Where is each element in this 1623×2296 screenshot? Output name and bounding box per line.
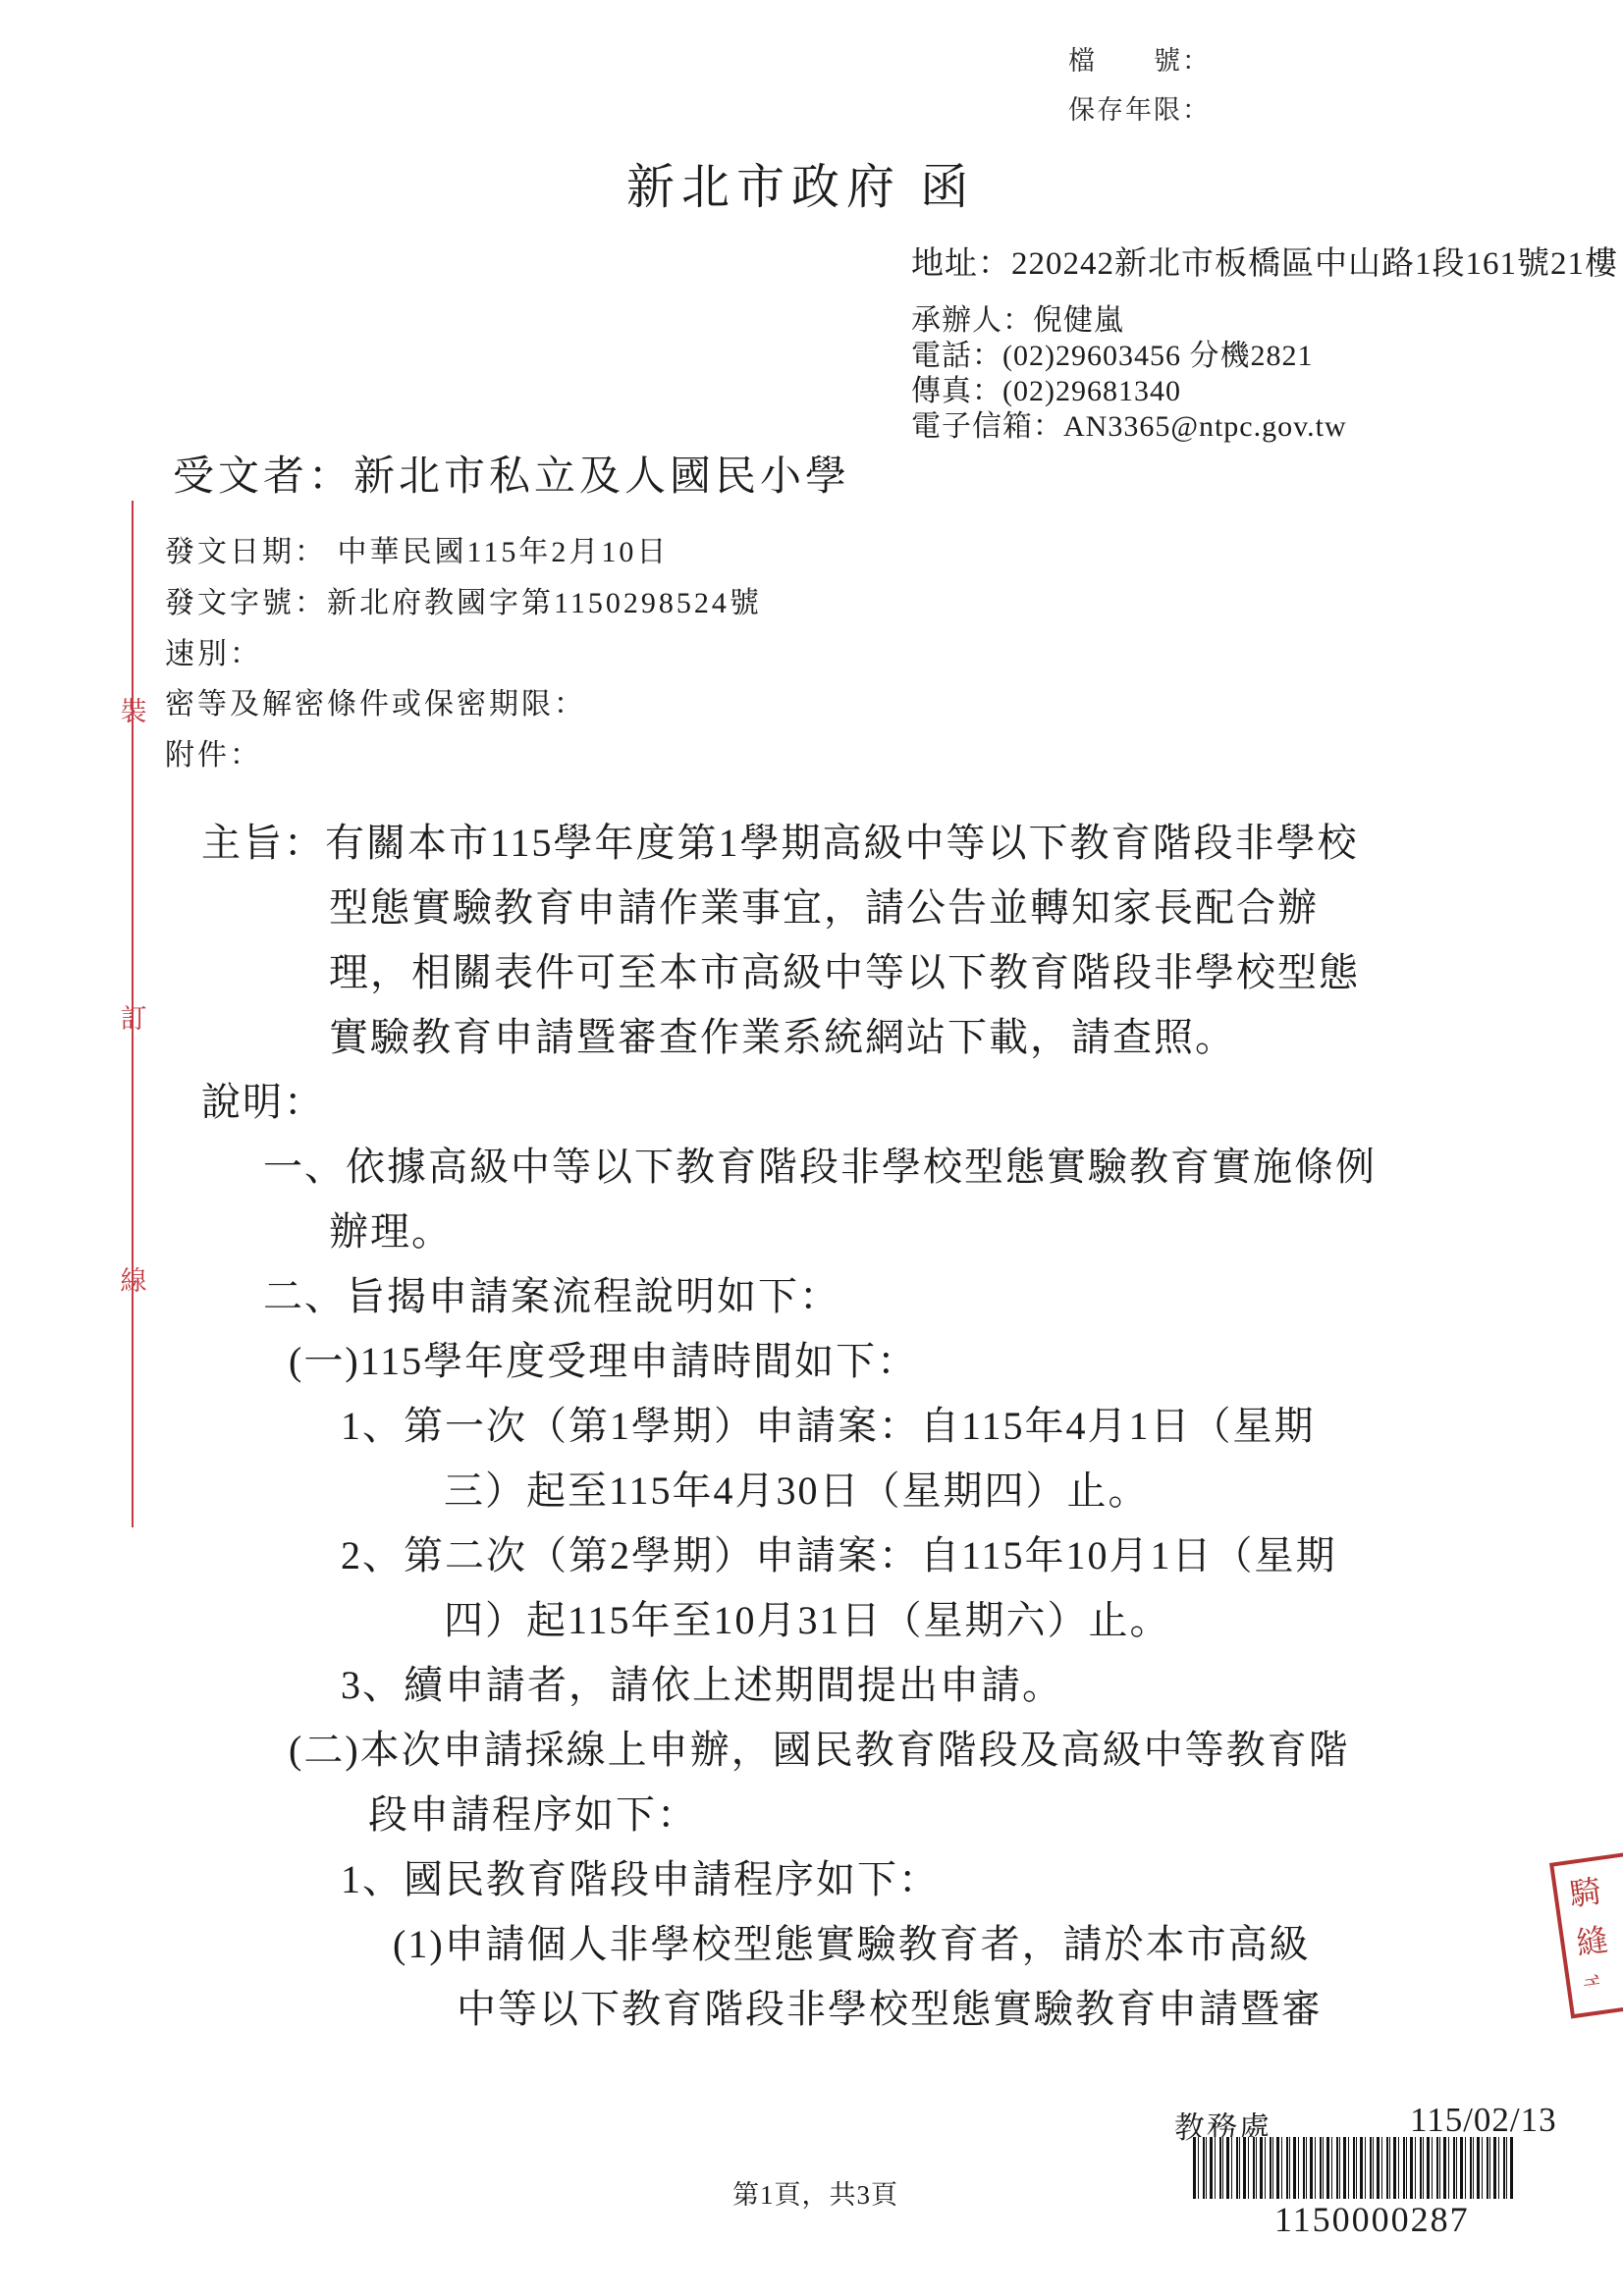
- body-line: 段申請程序如下：: [0, 1783, 1623, 1847]
- barcode: [1193, 2137, 1515, 2199]
- body-line: 理，相關表件可至本市高級中等以下教育階段非學校型態: [0, 940, 1623, 1005]
- body-line: 2、第二次（第2學期）申請案：自115年10月1日（星期: [0, 1523, 1623, 1588]
- body-line: 主旨：有關本市115學年度第1學期高級中等以下教育階段非學校: [0, 811, 1623, 876]
- agency-email: 電子信箱：AN3365@ntpc.gov.tw: [911, 401, 1347, 445]
- body-line: (1)申請個人非學校型態實驗教育者，請於本市高級: [0, 1912, 1623, 1977]
- body-line: 四）起115年至10月31日（星期六）止。: [0, 1588, 1623, 1653]
- binding-char-xian: 線: [118, 1259, 149, 1298]
- issue-date-line: 發文日期： 中華民國115年2月10日: [165, 527, 669, 570]
- body-line: 二、旨揭申請案流程說明如下：: [0, 1264, 1623, 1329]
- attachment-line: 附件：: [165, 730, 262, 774]
- security-line: 密等及解密條件或保密期限：: [165, 679, 586, 722]
- stamp-char: 縫: [1573, 1915, 1610, 1964]
- document-title: 新北市政府 函: [626, 149, 975, 218]
- speed-line: 速別：: [165, 629, 262, 672]
- binding-char-ding: 訂: [118, 997, 149, 1036]
- body-line: 三）起至115年4月30日（星期四）止。: [0, 1459, 1623, 1523]
- footer-date: 115/02/13: [1410, 2101, 1557, 2140]
- stamp-char: 騎: [1566, 1866, 1603, 1915]
- file-number-label: 檔 號：: [1068, 39, 1211, 78]
- body-line: (一)115學年度受理申請時間如下：: [0, 1329, 1623, 1394]
- body-line: 中等以下教育階段非學校型態實驗教育申請暨審: [0, 1977, 1623, 2042]
- body-line: 說明：: [0, 1070, 1623, 1135]
- body-line: (二)本次申請採線上申辦，國民教育階段及高級中等教育階: [0, 1718, 1623, 1783]
- document-page: 檔 號： 保存年限： 新北市政府 函 地址：220242新北市板橋區中山路1段1…: [0, 0, 1623, 2296]
- body-line: 1、第一次（第1學期）申請案：自115年4月1日（星期: [0, 1394, 1623, 1459]
- stamp-char-partial: 章: [1580, 1963, 1617, 2012]
- body-line: 3、續申請者，請依上述期間提出申請。: [0, 1653, 1623, 1718]
- body-line: 型態實驗教育申請作業事宜，請公告並轉知家長配合辦: [0, 876, 1623, 940]
- retention-period-label: 保存年限：: [1068, 88, 1211, 127]
- body-line: 實驗教育申請暨審查作業系統網站下載，請查照。: [0, 1005, 1623, 1070]
- barcode-number: 1150000287: [1274, 2199, 1470, 2240]
- body-line: 1、國民教育階段申請程序如下：: [0, 1847, 1623, 1912]
- agency-address: 地址：220242新北市板橋區中山路1段161號21樓: [911, 238, 1618, 284]
- body-line: 一、依據高級中等以下教育階段非學校型態實驗教育實施條例: [0, 1135, 1623, 1200]
- issue-number-line: 發文字號：新北府教國字第1150298524號: [165, 578, 762, 621]
- page-number: 第1頁，共3頁: [732, 2173, 898, 2212]
- recipient-line: 受文者：新北市私立及人國民小學: [173, 444, 850, 503]
- body-line: 辦理。: [0, 1200, 1623, 1264]
- body-text: 主旨：有關本市115學年度第1學期高級中等以下教育階段非學校 型態實驗教育申請作…: [0, 811, 1623, 2042]
- binding-char-zhuang: 裝: [118, 690, 149, 728]
